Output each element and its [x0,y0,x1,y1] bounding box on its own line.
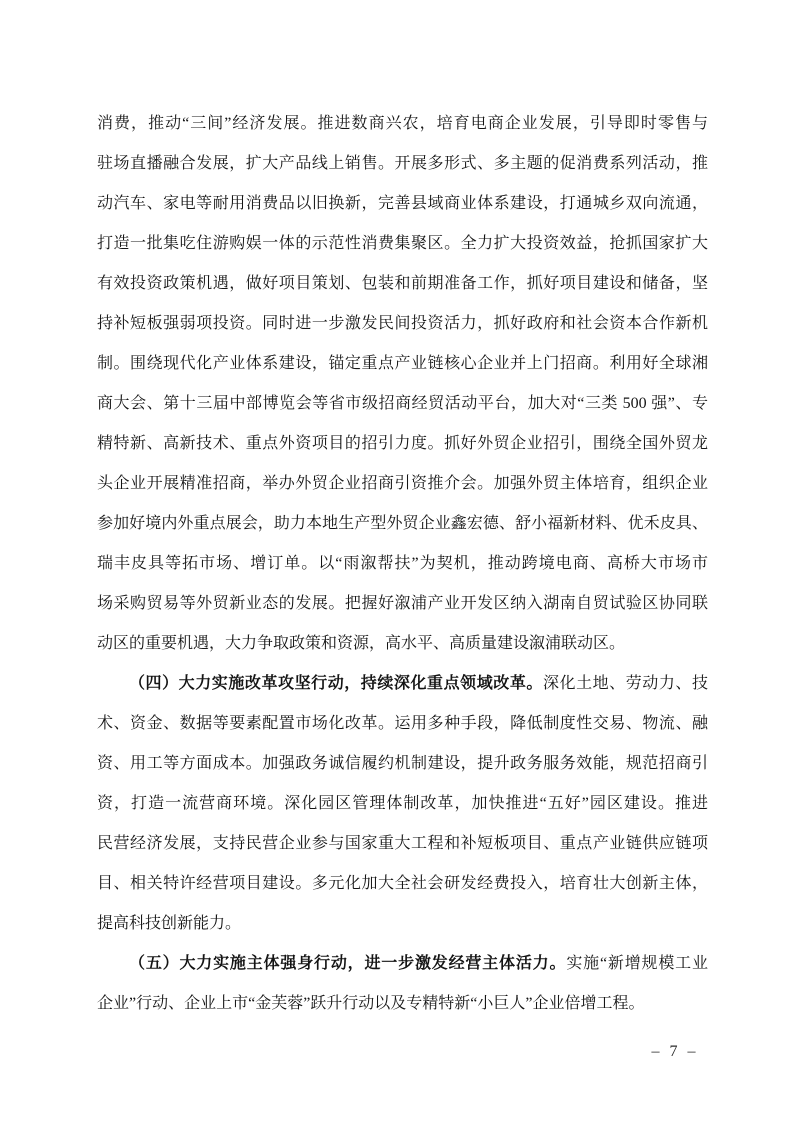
text-line: 精特新、高新技术、重点外资项目的招引力度。抓好外贸企业招引，围绕全国外贸龙 [97,424,708,464]
text-line: 打造一批集吃住游购娱一体的示范性消费集聚区。全力扩大投资效益，抢抓国家扩大 [97,224,708,264]
text-line: 有效投资政策机遇，做好项目策划、包装和前期准备工作，抓好项目建设和储备，坚 [97,264,708,304]
text-line: （四）大力实施改革攻坚行动，持续深化重点领域改革。深化土地、劳动力、技 [97,664,708,704]
text-line: 企业”行动、企业上市“金芙蓉”跃升行动以及专精特新“小巨人”企业倍增工程。 [97,984,708,1024]
line-text: 资、用工等方面成本。加强政务诚信履约机制建设，提升政务服务效能，规范招商引 [97,755,708,772]
text-line: 提高科技创新能力。 [97,904,708,944]
line-text: 实施“新增规模工业 [566,955,708,972]
page-number: – 7 – [640,1040,710,1064]
line-text: 参加好境内外重点展会，助力本地生产型外贸企业鑫宏德、舒小福新材料、优禾皮具、 [97,515,708,532]
line-text: 制。围绕现代化产业体系建设，锚定重点产业链核心企业并上门招商。利用好全球湘 [97,355,708,372]
text-line: （五）大力实施主体强身行动，进一步激发经营主体活力。实施“新增规模工业 [97,944,708,984]
line-text: 术、资金、数据等要素配置市场化改革。运用多种手段，降低制度性交易、物流、融 [97,715,708,732]
text-line: 参加好境内外重点展会，助力本地生产型外贸企业鑫宏德、舒小福新材料、优禾皮具、 [97,504,708,544]
line-text: 打造一批集吃住游购娱一体的示范性消费集聚区。全力扩大投资效益，抢抓国家扩大 [97,235,708,252]
text-line: 目、相关特许经营项目建设。多元化加大全社会研发经费投入，培育壮大创新主体， [97,864,708,904]
line-text: 深化土地、劳动力、技 [543,675,708,692]
line-text: 资，打造一流营商环境。深化园区管理体制改革，加快推进“五好”园区建设。推进 [97,795,708,812]
text-line: 动区的重要机遇，大力争取政策和资源，高水平、高质量建设溆浦联动区。 [97,624,708,664]
text-line: 持补短板强弱项投资。同时进一步激发民间投资活力，抓好政府和社会资本合作新机 [97,304,708,344]
line-text: 动汽车、家电等耐用消费品以旧换新，完善县域商业体系建设，打通城乡双向流通， [97,195,708,212]
line-text: 有效投资政策机遇，做好项目策划、包装和前期准备工作，抓好项目建设和储备，坚 [97,275,708,292]
line-text: 民营经济发展，支持民营企业参与国家重大工程和补短板项目、重点产业链供应链项 [97,835,708,852]
text-line: 资，打造一流营商环境。深化园区管理体制改革，加快推进“五好”园区建设。推进 [97,784,708,824]
text-line: 资、用工等方面成本。加强政务诚信履约机制建设，提升政务服务效能，规范招商引 [97,744,708,784]
text-line: 驻场直播融合发展，扩大产品线上销售。开展多形式、多主题的促消费系列活动，推 [97,144,708,184]
line-text: 商大会、第十三届中部博览会等省市级招商经贸活动平台，加大对“三类 500 强”、… [97,395,708,412]
line-bold-lead: （四）大力实施改革攻坚行动，持续深化重点领域改革。 [129,675,543,692]
line-text: 瑞丰皮具等拓市场、增订单。以“雨溆帮扶”为契机，推动跨境电商、高桥大市场市 [97,555,708,572]
text-line: 消费，推动“三间”经济发展。推进数商兴农，培育电商企业发展，引导即时零售与 [97,104,708,144]
line-text: 消费，推动“三间”经济发展。推进数商兴农，培育电商企业发展，引导即时零售与 [97,115,708,132]
text-line: 场采购贸易等外贸新业态的发展。把握好溆浦产业开发区纳入湖南自贸试验区协同联 [97,584,708,624]
line-text: 目、相关特许经营项目建设。多元化加大全社会研发经费投入，培育壮大创新主体， [97,875,708,892]
text-line: 头企业开展精准招商，举办外贸企业招商引资推介会。加强外贸主体培育，组织企业 [97,464,708,504]
line-text: 场采购贸易等外贸新业态的发展。把握好溆浦产业开发区纳入湖南自贸试验区协同联 [97,595,708,612]
line-text: 持补短板强弱项投资。同时进一步激发民间投资活力，抓好政府和社会资本合作新机 [97,315,708,332]
line-text: 提高科技创新能力。 [97,915,241,932]
document-body: 消费，推动“三间”经济发展。推进数商兴农，培育电商企业发展，引导即时零售与驻场直… [97,104,708,1024]
line-text: 动区的重要机遇，大力争取政策和资源，高水平、高质量建设溆浦联动区。 [97,635,625,652]
line-text: 驻场直播融合发展，扩大产品线上销售。开展多形式、多主题的促消费系列活动，推 [97,155,708,172]
text-line: 民营经济发展，支持民营企业参与国家重大工程和补短板项目、重点产业链供应链项 [97,824,708,864]
line-bold-lead: （五）大力实施主体强身行动，进一步激发经营主体活力。 [129,955,566,972]
line-text: 企业”行动、企业上市“金芙蓉”跃升行动以及专精特新“小巨人”企业倍增工程。 [97,995,645,1012]
text-line: 动汽车、家电等耐用消费品以旧换新，完善县域商业体系建设，打通城乡双向流通， [97,184,708,224]
text-line: 瑞丰皮具等拓市场、增订单。以“雨溆帮扶”为契机，推动跨境电商、高桥大市场市 [97,544,708,584]
line-text: 头企业开展精准招商，举办外贸企业招商引资推介会。加强外贸主体培育，组织企业 [97,475,708,492]
text-line: 术、资金、数据等要素配置市场化改革。运用多种手段，降低制度性交易、物流、融 [97,704,708,744]
document-page: 消费，推动“三间”经济发展。推进数商兴农，培育电商企业发展，引导即时零售与驻场直… [0,0,793,1122]
text-line: 制。围绕现代化产业体系建设，锚定重点产业链核心企业并上门招商。利用好全球湘 [97,344,708,384]
text-line: 商大会、第十三届中部博览会等省市级招商经贸活动平台，加大对“三类 500 强”、… [97,384,708,424]
line-text: 精特新、高新技术、重点外资项目的招引力度。抓好外贸企业招引，围绕全国外贸龙 [97,435,708,452]
